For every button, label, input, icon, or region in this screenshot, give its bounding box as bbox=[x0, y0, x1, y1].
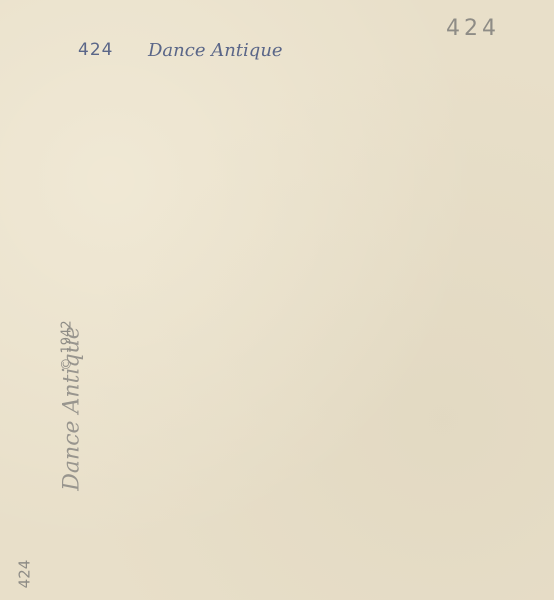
document-title: Dance Antique bbox=[148, 40, 283, 61]
catalog-number: 424 bbox=[78, 40, 113, 60]
copyright-note: © 1942 bbox=[60, 320, 75, 370]
corner-number: 424 bbox=[446, 16, 500, 41]
margin-number: 424 bbox=[15, 560, 33, 589]
document-page: 424 Dance Antique 424 Dance Antique © 19… bbox=[0, 0, 554, 600]
